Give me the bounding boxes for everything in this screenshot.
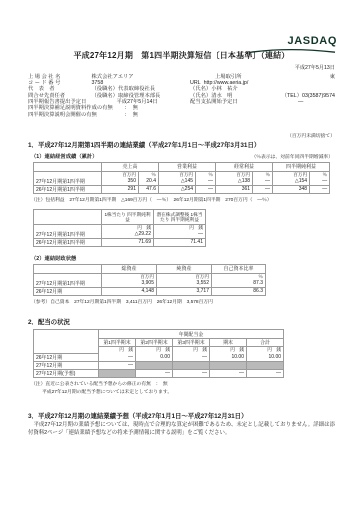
table-cell: ―: [99, 361, 136, 369]
table-cell: ―: [247, 369, 284, 377]
contact-title: （役職名）取締役管理本部長: [91, 93, 160, 99]
briefing-label: 四半期決算説明会開催の有無: [28, 112, 123, 118]
table-corner: [34, 264, 102, 273]
row-label: 27年12月期(予想): [34, 369, 99, 377]
table-corner: [34, 330, 99, 354]
table-cell: △145: [159, 178, 196, 186]
table-cell: ―: [99, 353, 136, 361]
col-header-q1-end: 第1四半期末: [99, 338, 136, 347]
dividend-revision-note: （注）直近に公表されている配当予想からの修正の有無 ： 無: [28, 380, 335, 387]
forecast-body-text: 平成27年12月期の業績予想については、現時点で合理的な算定が困難であるため、未…: [28, 422, 335, 437]
table-cell: 20.4: [139, 178, 159, 186]
table-cell: ―: [173, 369, 210, 377]
table-cell-na: [136, 361, 173, 369]
table-cell: ―: [136, 369, 173, 377]
table-cell-na: [173, 361, 210, 369]
section3-heading: 3．平成27年12月期の連結業績予想（平成27年1月1日～平成27年12月31日…: [28, 411, 335, 420]
comprehensive-income-note: （注）包括利益 27年12月期第1四半期 △169百万円（ ―％） 26年12月…: [28, 196, 335, 203]
table-cell: 4,148: [102, 287, 157, 295]
table-row: 27年12月期 ―: [34, 361, 284, 369]
briefing-value: 無: [133, 112, 138, 118]
row-label: 26年12月期: [34, 353, 99, 361]
url-value[interactable]: http://www.aeria.jp/: [204, 80, 249, 86]
table-cell: 361: [216, 185, 253, 193]
dividend-table: 年間配当金 第1四半期末 第2四半期末 第3四半期末 期末 合計 円 銭 円 銭…: [33, 329, 284, 378]
table-cell: 10.00: [247, 353, 284, 361]
table-cell: △254: [159, 185, 196, 193]
table-corner: [34, 210, 102, 225]
supplementary-sep: ：: [124, 105, 129, 111]
row-label: 27年12月期第1四半期: [34, 178, 102, 186]
per-share-table: 1株当たり 四半期純利益 潜在株式調整後 1株当たり 四半期純利益 円 銭 円 …: [33, 209, 206, 247]
table-cell: 0.00: [136, 353, 173, 361]
sub2-heading: （2）連結財政状態: [28, 254, 335, 262]
jasdaq-logo: JASDAQ: [247, 31, 337, 54]
col-header-total: 合計: [247, 338, 284, 347]
table-cell: ―: [154, 231, 206, 239]
table-cell: 10.00: [210, 353, 247, 361]
col-header-net-income: 四半期純利益: [273, 162, 330, 171]
dividend-forecast-note: 平成27年12月期の配当予想については未定としております。: [28, 388, 335, 395]
table-cell: 348: [273, 185, 310, 193]
table-row: 26年12月期第1四半期 71.69 71.41: [34, 238, 206, 246]
table-cell: 3,717: [157, 287, 212, 295]
col-header-ordinary-income: 経常利益: [216, 162, 273, 171]
table-cell: △138: [216, 178, 253, 186]
table-cell: 3,905: [102, 280, 157, 288]
row-label: 27年12月期第1四半期: [34, 231, 102, 239]
col-header-year-end: 期末: [210, 338, 247, 347]
report-date: 平成27年5月13日: [28, 64, 335, 71]
section2-heading: 2．配当の状況: [28, 317, 335, 326]
briefing-sep: ：: [124, 112, 129, 118]
row-label: 27年12月期第1四半期: [34, 280, 102, 288]
row-label: 26年12月期第1四半期: [34, 238, 102, 246]
table-cell-na: [247, 361, 284, 369]
table-cell: ―: [310, 185, 330, 193]
table-row: 26年12月期 ― 0.00 ― 10.00 10.00: [34, 353, 284, 361]
table-cell: △154: [273, 178, 310, 186]
row-label: 26年12月期: [34, 287, 102, 295]
table-row: 27年12月期第1四半期 350 20.4 △145 ― △138 ― △154…: [34, 178, 330, 186]
section1-sub1-row: （1）連結経営成績（累計） （％表示は、対前年同四半期増減率）: [28, 152, 335, 160]
table-cell: 3,552: [157, 280, 212, 288]
rounding-note: （百万円未満切捨て）: [28, 132, 335, 139]
results-table: 売上高 営業利益 経常利益 四半期純利益 百万円 ％ 百万円 ％ 百万円 ％ 百…: [33, 162, 330, 194]
results-header-row: 売上高 営業利益 経常利益 四半期純利益: [34, 162, 330, 171]
table-cell: ―: [173, 353, 210, 361]
table-cell: 87.3: [212, 280, 266, 288]
table-row: 26年12月期第1四半期 291 47.6 △254 ― 361 ― 348 ―: [34, 185, 330, 193]
table-cell: ―: [210, 369, 247, 377]
url-label: URL: [190, 80, 201, 86]
info-row-briefing: 四半期決算説明会開催の有無 ： 無: [28, 112, 335, 118]
company-name: 株式会社アエリア: [91, 74, 133, 80]
table-cell: 291: [102, 185, 139, 193]
jasdaq-swoosh-icon: [247, 48, 337, 54]
table-cell: ―: [253, 185, 273, 193]
equity-reference-note: （参考）自己資本 27年12月期第1四半期 3,411百万円 26年12月期 3…: [28, 298, 335, 305]
earnings-report-page: JASDAQ 平成27年12月期 第1四半期決算短信〔日本基準〕（連結） 平成2…: [0, 0, 362, 512]
table-cell: ―: [196, 178, 216, 186]
code-value: 3758: [91, 80, 103, 86]
col-header-diluted-eps: 潜在株式調整後 1株当たり 四半期純利益: [154, 210, 206, 225]
table-cell: ―: [196, 185, 216, 193]
table-cell: △29.22: [102, 231, 154, 239]
dividend-group-header-row: 年間配当金: [34, 330, 284, 339]
table-cell: 86.3: [212, 287, 266, 295]
supplementary-value: 無: [133, 105, 138, 111]
col-header-q2-end: 第2四半期末: [136, 338, 173, 347]
table-cell: 47.6: [139, 185, 159, 193]
company-info: 上 場 会 社 名 株式会社アエリア 上場取引所 東 コ ー ド 番 号 375…: [28, 74, 335, 119]
table-row: 27年12月期第1四半期 △29.22 ―: [34, 231, 206, 239]
col-header-total-assets: 総資産: [102, 264, 157, 273]
col-header-sales: 売上高: [102, 162, 159, 171]
table-row: 27年12月期第1四半期 3,905 3,552 87.3: [34, 280, 266, 288]
table-cell: ―: [253, 178, 273, 186]
jasdaq-logo-text: JASDAQ: [288, 35, 337, 47]
table-row: 27年12月期(予想) ― ― ― ―: [34, 369, 284, 377]
col-header-operating-income: 営業利益: [159, 162, 216, 171]
per-share-header-row: 1株当たり 四半期純利益 潜在株式調整後 1株当たり 四半期純利益: [34, 210, 206, 225]
row-label: 27年12月期: [34, 361, 99, 369]
col-header-eps: 1株当たり 四半期純利益: [102, 210, 154, 225]
table-cell: 71.41: [154, 238, 206, 246]
table-cell: ―: [310, 178, 330, 186]
table-cell-na: [210, 361, 247, 369]
sub1-heading: （1）連結経営成績（累計）: [31, 152, 98, 160]
financial-position-table: 総資産 純資産 自己資本比率 百万円 百万円 ％ 27年12月期第1四半期 3,…: [33, 264, 266, 296]
section1-heading: 1．平成27年12月期第1四半期の連結業績（平成27年1月1日～平成27年3月3…: [28, 140, 335, 149]
row-label: 26年12月期第1四半期: [34, 185, 102, 193]
table-cell: 71.69: [102, 238, 154, 246]
table-row: 26年12月期 4,148 3,717 86.3: [34, 287, 266, 295]
table-cell: 350: [102, 178, 139, 186]
annual-dividend-header: 年間配当金: [99, 330, 284, 339]
table-cell-na: [99, 369, 136, 377]
col-header-q3-end: 第3四半期末: [173, 338, 210, 347]
col-header-net-assets: 純資産: [157, 264, 212, 273]
col-header-equity-ratio: 自己資本比率: [212, 264, 266, 273]
rep-title: （役職名）代表取締役社長: [91, 86, 155, 92]
table-corner: [34, 162, 102, 171]
financial-header-row: 総資産 純資産 自己資本比率: [34, 264, 266, 273]
sub1-note: （％表示は、対前年同四半期増減率）: [251, 153, 333, 160]
